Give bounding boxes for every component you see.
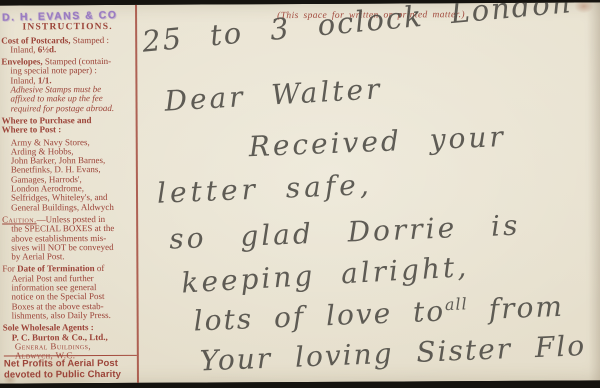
handwriting-line-7: lots of love toall from: [193, 290, 565, 338]
handwriting-line-6: keeping alright,: [181, 250, 470, 300]
handwriting-line-8-signature: Your loving Sister Flo: [199, 329, 587, 377]
handwriting-line-4: letter safe,: [156, 168, 373, 210]
postcard: D. H. EVANS & CO INSTRUCTIONS. Cost of P…: [0, 2, 600, 383]
handwritten-message: 25 to 3 oclock London Dear Walter Receiv…: [0, 2, 600, 383]
handwriting-line-1: 25 to 3 oclock London: [141, 2, 574, 58]
handwriting-line-2: Dear Walter: [164, 72, 384, 118]
inserted-word-above-line: all: [445, 294, 469, 314]
handwriting-line-5: so glad Dorrie is: [169, 209, 521, 256]
handwriting-line-3: Received your: [248, 120, 506, 163]
